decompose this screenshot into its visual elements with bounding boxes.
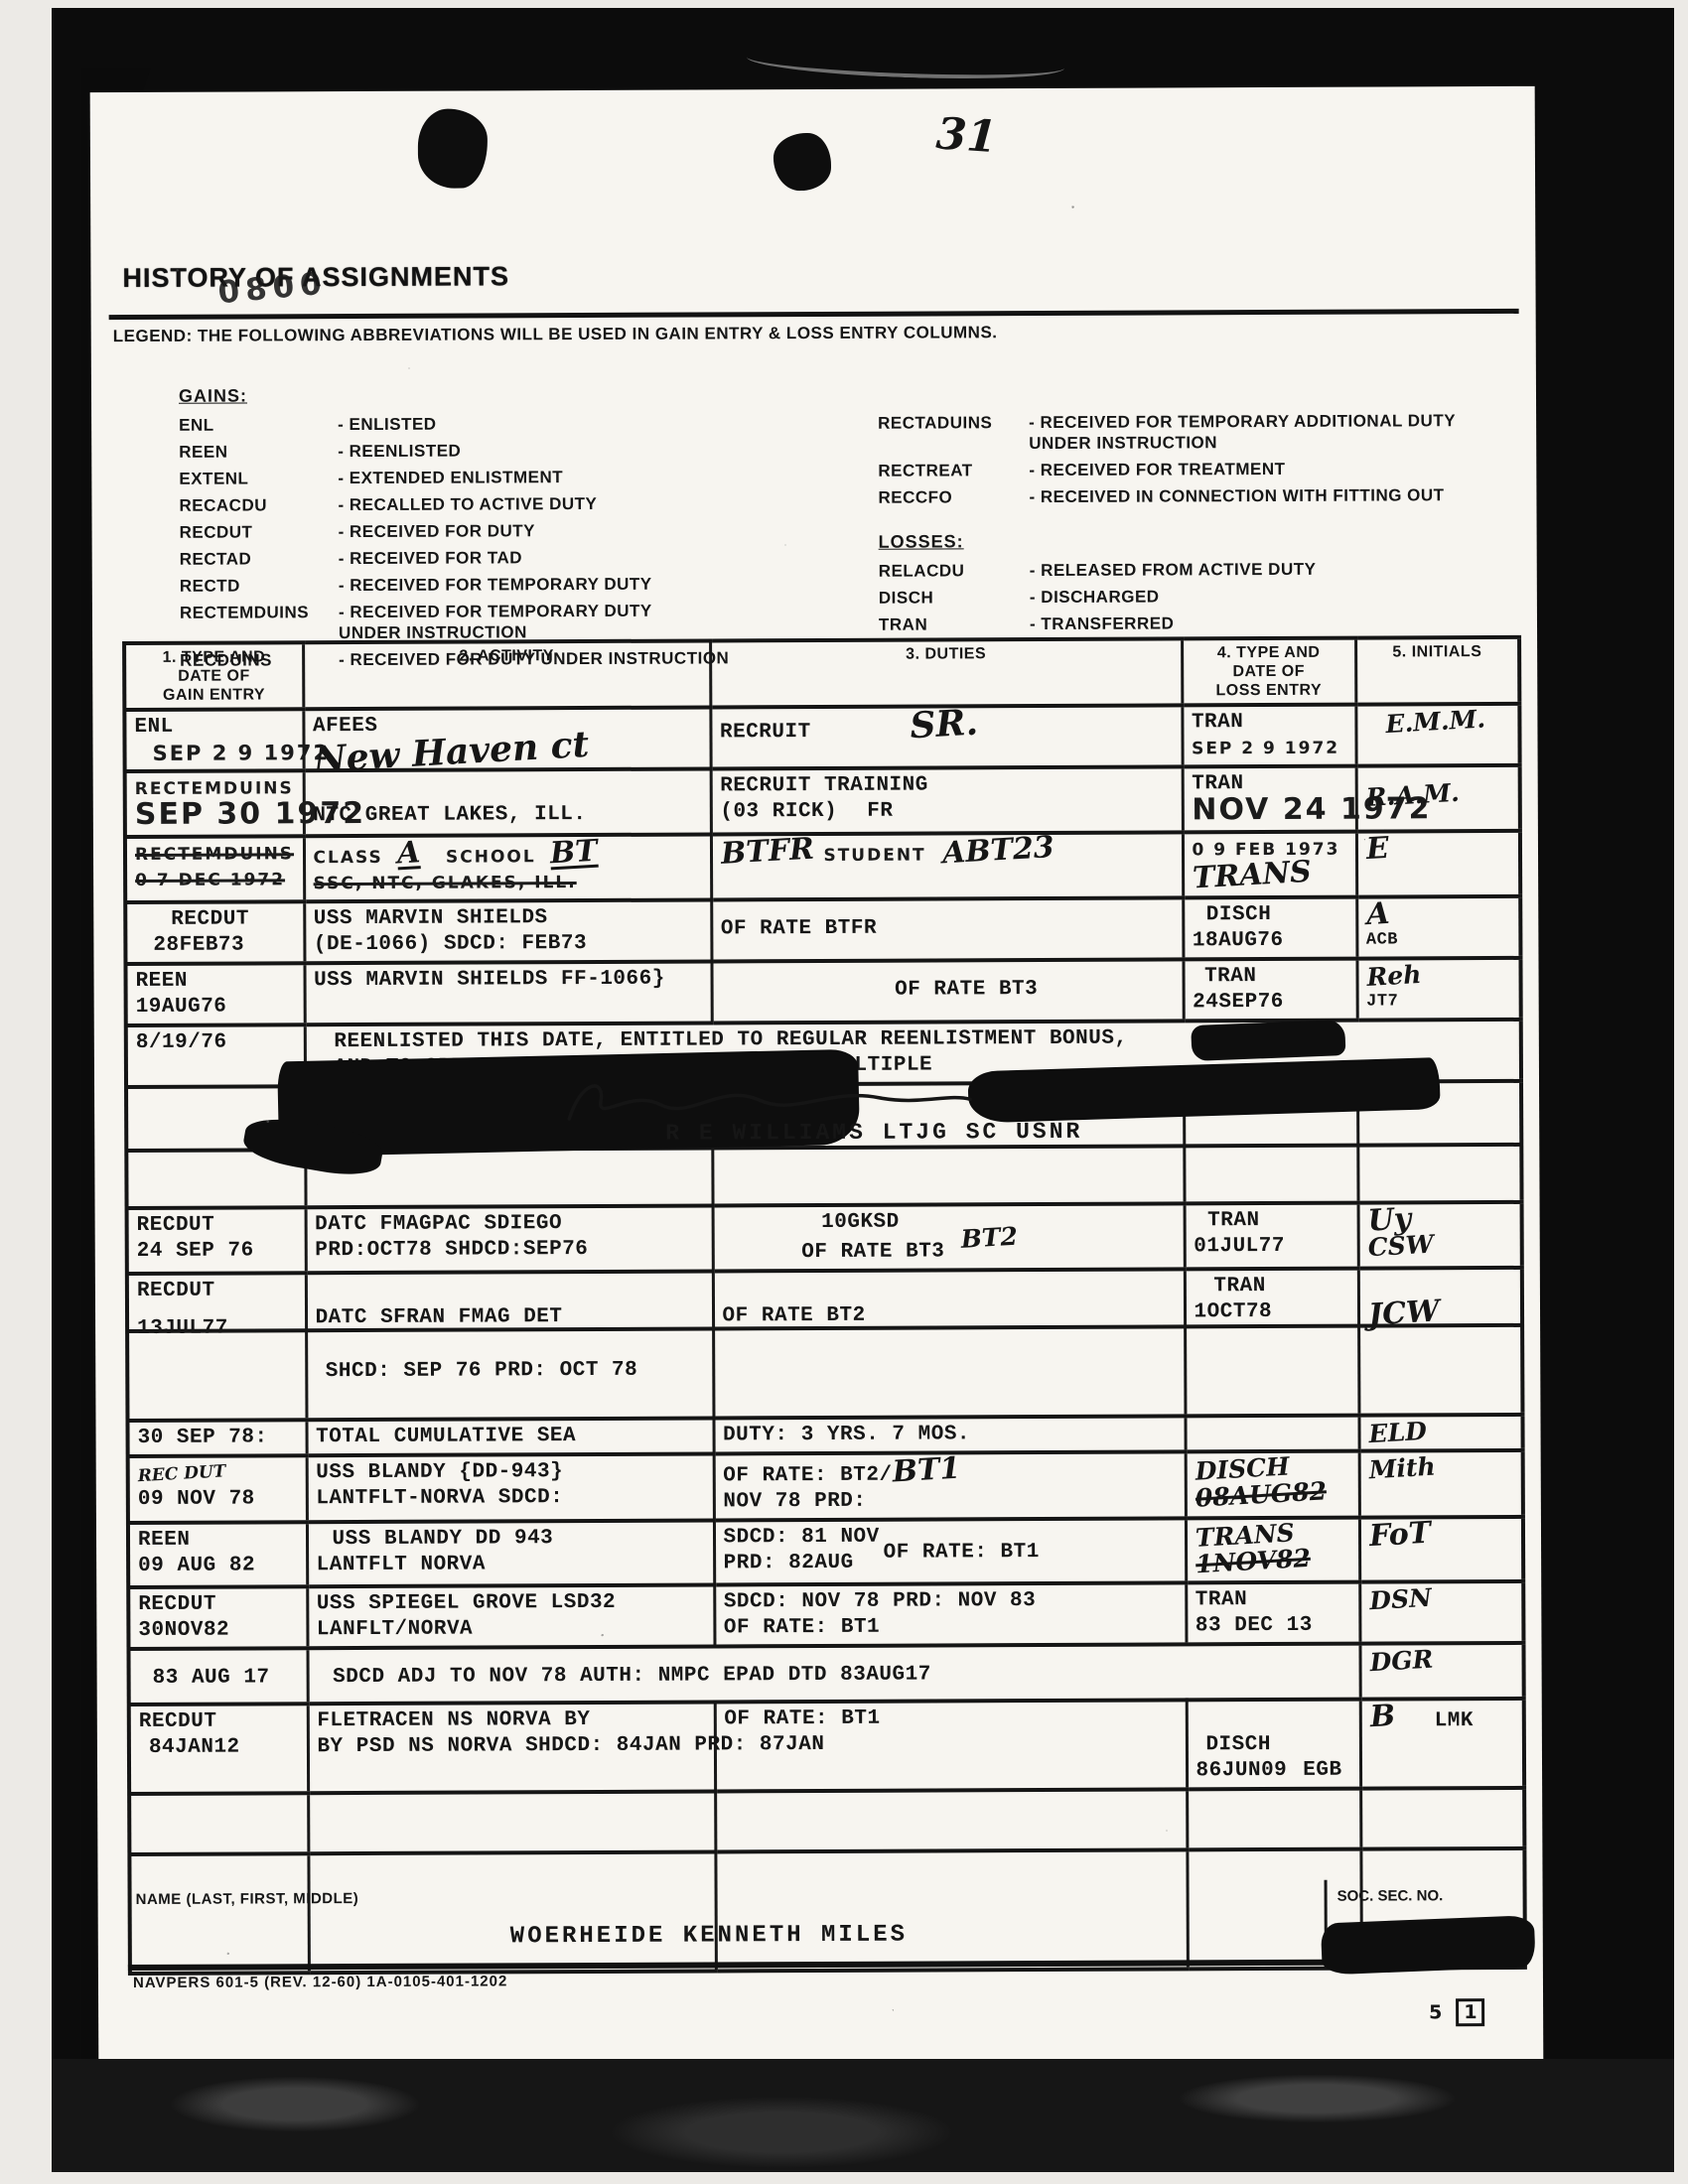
cell-text: USS MARVIN SHIELDS FF-1066} (314, 967, 665, 995)
cell-text: PRD: 82AUG (724, 1551, 854, 1577)
table-cell: USS MARVIN SHIELDS(DE-1066) SDCD: FEB73 (304, 899, 711, 963)
cell-text: SCHOOL (446, 844, 536, 870)
legend-abbr: RECTADUINS (878, 412, 1029, 455)
legend-item: ENL- ENLISTED (179, 412, 728, 435)
cell-text: 19AUG76 (136, 995, 227, 1021)
legend-definition: - RECEIVED FOR TAD (339, 547, 522, 569)
cell-text: CLASS (313, 845, 382, 871)
cell-text: ABT23 (941, 835, 1055, 867)
table-cell: RehJT7 (1356, 958, 1520, 1021)
legend-abbr: ENL (179, 414, 338, 436)
legend-item: RECDUT- RECEIVED FOR DUTY (180, 519, 729, 542)
cell-text: B (1369, 1704, 1396, 1730)
cell-text: LANTFLT-NORVA SDCD: (316, 1485, 563, 1512)
scanned-document: { "page": { "title": "HISTORY OF ASSIGNM… (0, 0, 1688, 2184)
cell-text: 18AUG76 (1193, 928, 1284, 954)
cell-text: 8/19/76 (136, 1030, 227, 1056)
legend-definition: - RECALLED TO ACTIVE DUTY (338, 493, 597, 515)
cell-text: 13JUL77 (137, 1316, 228, 1342)
table-cell: TRANSEP 2 9 1972 (1182, 705, 1355, 767)
table-cell: USS SPIEGEL GROVE LSD32LANFLT/NORVA (307, 1584, 714, 1648)
cell-text: PRD:OCT78 SHDCD:SEP76 (315, 1237, 588, 1264)
cell-text: RECDUT (137, 1213, 215, 1239)
table-row: 83 AUG 17SDCD ADJ TO NOV 78 AUTH: NMPC E… (128, 1643, 1523, 1705)
legend-abbr: RECCFO (878, 486, 1029, 508)
cell-text: BT (549, 839, 598, 871)
cell-text: 86JUN09 (1196, 1758, 1287, 1784)
table-cell: TOTAL CUMULATIVE SEA (306, 1418, 713, 1455)
cell-text: BTFR (720, 837, 814, 868)
cell-text: RECDUT (139, 1709, 217, 1735)
cell-text: DATC FMAGPAC SDIEGO (315, 1211, 562, 1238)
cell-text: New Haven ct (313, 732, 590, 773)
gains-list: ENL- ENLISTEDREEN- REENLISTEDEXTENL- EXT… (179, 412, 729, 670)
cell-text: OF RATE: BT2/ (723, 1463, 892, 1490)
table-cell: BLMK (1360, 1699, 1524, 1789)
cell-text: SR. (910, 710, 979, 740)
cell-text: RECDUT (138, 1592, 216, 1618)
cell-text: TOTAL CUMULATIVE SEA (316, 1424, 576, 1450)
table-row: ENLSEP 2 9 1972AFEESNew Haven ctRECRUITS… (124, 704, 1519, 771)
legend-definition: - RECEIVED FOR TREATMENT (1029, 459, 1285, 480)
handwritten-corner-note: 31 (934, 108, 998, 163)
legend-item: EXTENL- EXTENDED ENLISTMENT (179, 466, 728, 488)
table-row: REC DUT09 NOV 78USS BLANDY {DD-943}LANTF… (128, 1450, 1523, 1523)
table-cell: DATC FMAGPAC SDIEGOPRD:OCT78 SHDCD:SEP76 (306, 1205, 713, 1273)
table-cell: DUTY: 3 YRS. 7 MOS. (713, 1416, 1185, 1453)
legend-item: RECACDU- RECALLED TO ACTIVE DUTY (179, 492, 728, 515)
legend-abbr: TRAN (879, 614, 1030, 635)
legend-definition: - RELEASED FROM ACTIVE DUTY (1030, 559, 1317, 581)
cell-text: TRAN (1213, 1274, 1266, 1299)
cell-text: 30NOV82 (138, 1618, 229, 1644)
legend-item: REEN- REENLISTED (179, 439, 728, 462)
cell-text: ENL (134, 715, 173, 741)
cell-text: 10GKSD (821, 1210, 900, 1236)
cell-text: RECTEMDUINS (135, 841, 294, 868)
cell-text: 0 7 DEC 1972 (135, 867, 285, 893)
cell-text: BT1 (892, 1456, 961, 1486)
right-gains-list: RECTADUINS- RECEIVED FOR TEMPORARY ADDIT… (878, 410, 1456, 508)
table-cell: OF RATE BTFR (711, 897, 1183, 961)
table-cell (1360, 1788, 1524, 1849)
cell-text: USS BLANDY {DD-943} (316, 1459, 563, 1486)
cell-text: TRAN (1192, 710, 1244, 736)
cell-text: RECDUT (171, 906, 249, 932)
losses-heading: LOSSES: (879, 529, 1457, 553)
legend-definition: - EXTENDED ENLISTMENT (338, 467, 563, 488)
cell-text: REC DUT (137, 1458, 226, 1489)
legend-abbr: REEN (179, 441, 338, 463)
cell-text: DUTY: 3 YRS. 7 MOS. (723, 1422, 970, 1448)
table-row: RECTEMDUINS0 7 DEC 1972CLASSASCHOOLBTSSC… (125, 831, 1520, 902)
legend-abbr: RECTEMDUINS (180, 602, 339, 644)
cell-text: RECDUT (137, 1279, 215, 1304)
table-cell: TRANNOV 24 1972 (1183, 766, 1356, 833)
table-cell: ELD (1358, 1415, 1522, 1451)
cell-text: JT7 (1366, 989, 1398, 1015)
table-cell: Mith (1359, 1450, 1523, 1518)
name-field-value: WOERHEIDE KENNETH MILES (510, 1922, 908, 1951)
cell-text: SEP 2 9 1972 (1192, 736, 1339, 762)
legend-item: TRAN- TRANSFERRED (879, 612, 1457, 635)
table-cell: UyCSW (1358, 1202, 1522, 1269)
cell-text: TRAN (1196, 1587, 1248, 1613)
cell-text: SDCD: 81 NOV (723, 1525, 879, 1552)
cell-text: FR (867, 799, 893, 825)
legend-definition: - ENLISTED (338, 414, 437, 435)
table-row: RECDUT30NOV82USS SPIEGEL GROVE LSD32LANF… (128, 1581, 1523, 1649)
table-cell: NTC GREAT LAKES, ILL. (304, 768, 711, 836)
table-cell: RECRUIT TRAINING(03 RICK)FR (711, 766, 1183, 834)
legend-item: RECTEMDUINS- RECEIVED FOR TEMPORARY DUTY… (180, 600, 729, 643)
cell-text: LANTFLT NORVA (317, 1552, 486, 1578)
ink-blot (774, 133, 831, 191)
legend-abbr: RECTD (180, 575, 339, 597)
cell-text: OF RATE BT3 (801, 1239, 944, 1266)
cell-text: OF RATE: BT1 (724, 1706, 880, 1733)
cell-text: SDCD ADJ TO NOV 78 AUTH: NMPC EPAD DTD 8… (333, 1663, 931, 1692)
table-cell (129, 1793, 308, 1854)
form-number: NAVPERS 601-5 (REV. 12-60) 1A-0105-401-1… (133, 1973, 507, 1991)
cell-text: A (1365, 901, 1390, 928)
table-cell: RECDUT28FEB73 (125, 901, 304, 964)
assignments-table: 1. TYPE AND DATE OF GAIN ENTRY2. ACTIVIT… (122, 635, 1527, 1976)
legend-abbr: EXTENL (179, 468, 338, 489)
legend-item: RELACDU- RELEASED FROM ACTIVE DUTY (879, 558, 1457, 582)
cell-text: DGR (1368, 1647, 1433, 1677)
table-cell: FLETRACEN NS NORVA BYBY PSD NS NORVA SHD… (308, 1702, 715, 1793)
table-cell: 83 AUG 17 (128, 1648, 307, 1705)
cell-text: DISCH (1206, 902, 1272, 928)
cell-text: ELD (1367, 1419, 1427, 1447)
table-row: RECDUT13JUL77DATC SFRAN FMAG DETSHCD: SE… (127, 1268, 1523, 1421)
signature-typed-name: R E WILLIAMS LTJG SC USNR (665, 1119, 1082, 1147)
ssn-field-label: SOC. SEC. NO. (1337, 1887, 1444, 1904)
table-row: RECDUT24 SEP 76DATC FMAGPAC SDIEGOPRD:OC… (127, 1202, 1522, 1274)
table-cell: TRAN24SEP76 (1183, 959, 1356, 1022)
legend-item: RECTD- RECEIVED FOR TEMPORARY DUTY (180, 573, 729, 596)
table-cell: TRAN1OCT78 (1185, 1269, 1359, 1417)
legend-abbr: RECACDU (179, 494, 338, 516)
cell-text: 24 SEP 76 (137, 1238, 254, 1265)
cell-text: 01JUL77 (1194, 1234, 1285, 1260)
cell-text: 30 SEP 78: (138, 1425, 268, 1451)
column-header: 5. INITIALS (1355, 637, 1519, 705)
name-field-label: NAME (LAST, FIRST, MIDDLE) (136, 1890, 359, 1908)
right-legend-section: RECTADUINS- RECEIVED FOR TEMPORARY ADDIT… (878, 410, 1457, 641)
table-cell: USS BLANDY {DD-943}LANTFLT-NORVA SDCD: (307, 1453, 714, 1522)
legend-abbr: RELACDU (879, 560, 1030, 582)
cell-text: SDCD: NOV 78 PRD: NOV 83 (724, 1588, 1037, 1615)
cell-text: EGB (1303, 1758, 1341, 1784)
cell-text: OF RATE: BT1 (884, 1540, 1040, 1567)
cell-text: 1NOV82 (1195, 1546, 1311, 1578)
legend-definition: - REENLISTED (338, 441, 461, 463)
table-cell: USS MARVIN SHIELDS FF-1066} (304, 961, 711, 1024)
cell-text: BY PSD NS NORVA SHDCD: 84JAN PRD: 87JAN (317, 1732, 824, 1760)
cell-text: TRAN (1207, 1208, 1260, 1234)
cell-text: 08AUG82 (1195, 1478, 1327, 1511)
table-cell (715, 1789, 1187, 1851)
cell-text: 09 AUG 82 (138, 1553, 255, 1579)
table-header-row: 1. TYPE AND DATE OF GAIN ENTRY2. ACTIVIT… (124, 637, 1519, 710)
cell-text: RECRUIT TRAINING (720, 773, 928, 800)
table-cell: OF RATE BT2 (713, 1269, 1186, 1418)
table-row: 30 SEP 78:TOTAL CUMULATIVE SEADUTY: 3 YR… (127, 1415, 1522, 1456)
cell-text: (03 RICK) (720, 799, 837, 826)
legend-definition: - RECEIVED FOR DUTY (339, 520, 535, 542)
table-cell: RECRUITSR. (710, 705, 1182, 768)
cell-text: (DE-1066) SDCD: FEB73 (314, 931, 587, 958)
column-header: 4. TYPE AND DATE OF LOSS ENTRY (1182, 638, 1355, 706)
table-cell: DSN (1359, 1581, 1523, 1644)
table-row: RECDUT28FEB73USS MARVIN SHIELDS(DE-1066)… (125, 896, 1520, 964)
legend-definition: - TRANSFERRED (1030, 613, 1174, 634)
cell-text: SEP 2 9 1972 (153, 740, 331, 766)
page-number-boxed: 1 (1456, 1998, 1484, 2026)
cell-text: LMK (1435, 1708, 1474, 1734)
table-row: RECDUT84JAN12FLETRACEN NS NORVA BYBY PSD… (129, 1699, 1524, 1794)
legend-definition: - DISCHARGED (1030, 586, 1160, 608)
cell-text: 28FEB73 (153, 933, 244, 959)
table-cell: AACB (1356, 896, 1520, 959)
legend-note: LEGEND: THE FOLLOWING ABBREVIATIONS WILL… (113, 323, 998, 346)
table-cell (308, 1791, 715, 1853)
table-cell: RECTEMDUINSSEP 30 1972 (125, 770, 304, 837)
table-cell: SDCD ADJ TO NOV 78 AUTH: NMPC EPAD DTD 8… (307, 1644, 1359, 1705)
table-cell: DISCH86JUN09EGB (1187, 1700, 1360, 1790)
cell-text: REEN (136, 969, 189, 995)
cell-text: TRANS (1192, 860, 1312, 892)
cell-text: OF RATE BT3 (895, 977, 1038, 1004)
table-cell: SDCD: 81 NOVPRD: 82AUGOF RATE: BT1 (714, 1518, 1186, 1584)
cell-text: CSW (1367, 1232, 1434, 1262)
legend-item: RECTADUINS- RECEIVED FOR TEMPORARY ADDIT… (878, 410, 1456, 455)
legend-definition: - RECEIVED FOR TEMPORARY ADDITIONAL DUTY… (1029, 410, 1456, 454)
cell-text: 09 NOV 78 (138, 1486, 255, 1513)
table-cell (1185, 1416, 1358, 1452)
cell-text: 24SEP76 (1193, 990, 1284, 1016)
table-cell: RECDUT24 SEP 76 (127, 1207, 306, 1274)
legend-definition: - RECEIVED FOR TEMPORARY DUTY UNDER INST… (339, 601, 652, 643)
legend-abbr: RECTREAT (878, 460, 1029, 481)
table-cell: 30 SEP 78: (127, 1420, 306, 1456)
form-page: HISTORY OF ASSIGNMENTS 0800 31 LEGEND: T… (90, 86, 1544, 2073)
ink-blot (418, 108, 488, 188)
table-cell: DISCH18AUG76 (1183, 897, 1356, 960)
cell-text: 1OCT78 (1194, 1299, 1272, 1325)
bottom-scan-mottle (52, 2059, 1674, 2172)
table-cell: USS BLANDY DD 943LANTFLT NORVA (307, 1520, 714, 1586)
cell-text: RECRUIT (720, 720, 811, 746)
legend-abbr: RECTAD (180, 548, 339, 570)
table-cell: RECDUT13JUL77 (127, 1273, 307, 1421)
cell-text: USS SPIEGEL GROVE LSD32 (317, 1590, 616, 1617)
table-cell: SDCD: NOV 78 PRD: NOV 83OF RATE: BT1 (714, 1582, 1186, 1646)
cell-text: NOV 78 PRD: (723, 1489, 866, 1516)
cell-text: STUDENT (823, 843, 925, 869)
legend-definition: - RECEIVED FOR TEMPORARY DUTY (339, 574, 652, 596)
cell-text: FLETRACEN NS NORVA BY (317, 1707, 590, 1734)
table-cell: TRANS1NOV82 (1186, 1518, 1359, 1583)
table-cell: JCW (1358, 1268, 1523, 1416)
table-cell: E.M.M. (1355, 704, 1519, 766)
table-row: REEN19AUG76USS MARVIN SHIELDS FF-1066}OF… (125, 958, 1520, 1025)
table-cell: DATC SFRAN FMAG DETSHCD: SEP 76 PRD: OCT… (306, 1271, 714, 1420)
legend-definition: - RECEIVED IN CONNECTION WITH FITTING OU… (1029, 484, 1444, 507)
table-cell: OF RATE: BT2/BT1NOV 78 PRD: (714, 1451, 1186, 1520)
legend-abbr: RECDUT (180, 521, 339, 543)
cell-text: 84JAN12 (149, 1735, 240, 1761)
legend-abbr: DISCH (879, 587, 1030, 609)
redaction-bar-small (1191, 1020, 1345, 1061)
table-row (129, 1788, 1524, 1854)
table-cell: RECTEMDUINS0 7 DEC 1972 (125, 836, 304, 902)
legend-item: RECTAD- RECEIVED FOR TAD (180, 546, 729, 569)
legend-item: RECCFO- RECEIVED IN CONNECTION WITH FITT… (878, 484, 1456, 508)
top-band-scribble (747, 42, 1065, 82)
cell-text: OF RATE: BT1 (724, 1615, 880, 1642)
cell-text: REEN (138, 1528, 191, 1554)
table-cell (1187, 1789, 1360, 1850)
cell-text: R.A.M. (1365, 780, 1460, 811)
cell-text: Mith (1368, 1454, 1436, 1484)
cell-text: USS MARVIN SHIELDS (314, 905, 548, 932)
table-cell: DISCH08AUG82 (1186, 1451, 1359, 1519)
cell-text: USS BLANDY DD 943 (332, 1526, 553, 1553)
cell-text: DATC SFRAN FMAG DET (315, 1304, 562, 1331)
cell-text: DSN (1368, 1585, 1432, 1615)
cell-text: A (396, 840, 421, 870)
column-header: 3. DUTIES (710, 638, 1182, 707)
cell-text: DISCH (1205, 1732, 1271, 1758)
gains-heading: GAINS: (179, 383, 728, 406)
column-header: 1. TYPE AND DATE OF GAIN ENTRY (124, 642, 303, 710)
cell-text: TRAN (1204, 964, 1257, 990)
table-cell: 0 9 FEB 1973TRANS (1183, 832, 1356, 898)
table-cell: FoT (1359, 1517, 1523, 1582)
cell-text: 83 AUG 17 (153, 1665, 270, 1692)
table-cell: 10GKSDOF RATE BT3BT2 (713, 1203, 1185, 1271)
cell-text: NTC GREAT LAKES, ILL. (313, 802, 586, 829)
ssn-redaction (1321, 1915, 1536, 1975)
page-number: 51 (1429, 1998, 1485, 2026)
page-number-value: 5 (1429, 2001, 1442, 2023)
table-cell: BTFRSTUDENTABT23 (711, 832, 1183, 899)
table-cell: RECDUT84JAN12 (129, 1704, 308, 1794)
table-cell: ENLSEP 2 9 1972 (124, 709, 303, 771)
photocopy-black-frame: HISTORY OF ASSIGNMENTS 0800 31 LEGEND: T… (52, 8, 1674, 2172)
cell-text: LANFLT/NORVA (317, 1617, 473, 1644)
cell-text: SSC, NTC, GLAKES, ILL. (314, 870, 577, 896)
cell-text: OF RATE BT2 (722, 1303, 865, 1330)
losses-list: RELACDU- RELEASED FROM ACTIVE DUTYDISCH-… (879, 558, 1457, 635)
cell-text: E.M.M. (1384, 706, 1485, 738)
cell-text: OF RATE BTFR (721, 916, 877, 943)
gains-section: GAINS: ENL- ENLISTEDREEN- REENLISTEDEXTE… (179, 383, 729, 676)
cell-text: JCW (1367, 1298, 1440, 1328)
table-cell: RECDUT30NOV82 (128, 1586, 307, 1649)
table-cell: AFEESNew Haven ct (303, 707, 710, 770)
cell-text: 83 DEC 13 (1196, 1613, 1313, 1640)
table-cell: OF RATE BT3 (711, 959, 1183, 1023)
cell-text: SHCD: SEP 76 PRD: OCT 78 (326, 1358, 638, 1385)
table-cell: E (1356, 831, 1520, 897)
cell-text: BT2 (960, 1224, 1019, 1253)
column-header: 2. ACTIVITY (303, 640, 710, 709)
legend-item: DISCH- DISCHARGED (879, 585, 1457, 609)
table-cell: TRAN01JUL77 (1185, 1203, 1358, 1270)
title-divider-rule (109, 309, 1519, 320)
cell-text: FoT (1368, 1521, 1431, 1550)
table-cell: CLASSASCHOOLBTSSC, NTC, GLAKES, ILL. (304, 834, 711, 901)
legend-item: RECTREAT- RECEIVED FOR TREATMENT (878, 458, 1456, 481)
table-cell: REEN19AUG76 (125, 963, 304, 1025)
cell-text: E (1365, 836, 1389, 863)
table-cell: TRAN83 DEC 13 (1186, 1582, 1359, 1645)
cell-text: Reh (1365, 962, 1421, 991)
table-cell: DGR (1359, 1643, 1523, 1700)
table-cell: REEN09 AUG 82 (128, 1522, 307, 1587)
name-band: NAME (LAST, FIRST, MIDDLE) WOERHEIDE KEN… (128, 1879, 1523, 1971)
table-row: REEN09 AUG 82USS BLANDY DD 943LANTFLT NO… (128, 1517, 1523, 1587)
table-cell: REC DUT09 NOV 78 (128, 1455, 307, 1523)
